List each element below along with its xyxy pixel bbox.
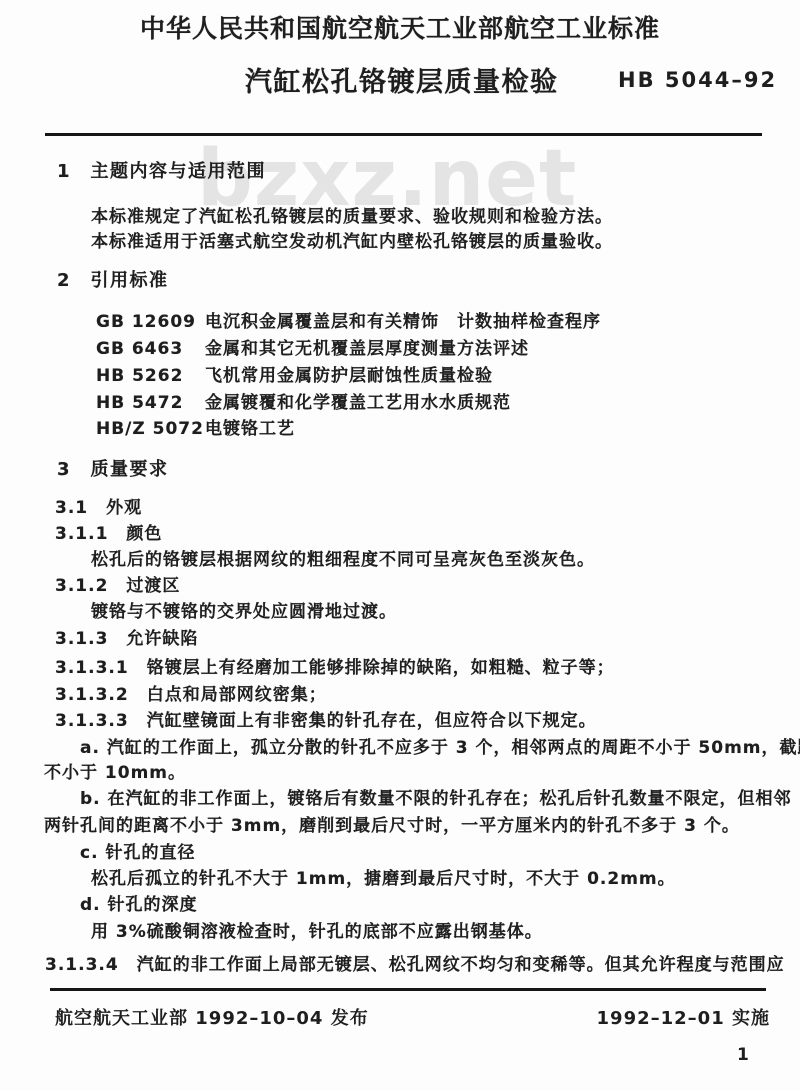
reference-title: 电沉积金属覆盖层和有关精饰 计数抽样检查程序 <box>205 312 601 332</box>
section-1-paragraph-1: 本标准规定了汽缸松孔铬镀层的质量要求、验收规则和检验方法。 <box>91 206 613 228</box>
footer-rule <box>50 988 766 991</box>
reference-row: GB 6463金属和其它无机覆盖层厚度测量方法评述 <box>96 338 529 360</box>
section-1-paragraph-2: 本标准适用于活塞式航空发动机汽缸内壁松孔铬镀层的质量验收。 <box>91 231 613 253</box>
reference-title: 金属和其它无机覆盖层厚度测量方法评述 <box>205 339 529 359</box>
reference-code: HB/Z 5072 <box>96 418 205 440</box>
reference-row: HB 5472金属镀覆和化学覆盖工艺用水水质规范 <box>96 392 511 414</box>
reference-code: GB 12609 <box>96 311 205 333</box>
section-3-line: 3.1.3 允许缺陷 <box>55 628 198 650</box>
section-3-line: 3.1.1 颜色 <box>55 523 162 545</box>
section-3-line: 3.1.2 过渡区 <box>55 575 180 597</box>
reference-title: 飞机常用金属防护层耐蚀性质量检验 <box>205 366 493 386</box>
section-2-heading: 2 引用标准 <box>57 270 169 292</box>
section-3-line: 3.1 外观 <box>55 497 142 519</box>
section-3-line: a. 汽缸的工作面上，孤立分散的针孔不应多于 3 个，相邻两点的周距不小于 50… <box>80 737 800 759</box>
section-3-line: 3.1.3.3 汽缸壁镜面上有非密集的针孔存在，但应符合以下规定。 <box>55 710 597 732</box>
section-3-line: 3.1.3.4 汽缸的非工作面上局部无镀层、松孔网纹不均匀和变稀等。但其允许程度… <box>45 954 785 976</box>
reference-row: GB 12609电沉积金属覆盖层和有关精饰 计数抽样检查程序 <box>96 311 601 333</box>
authority-heading: 中华人民共和国航空航天工业部航空工业标准 <box>0 9 800 45</box>
reference-code: HB 5472 <box>96 392 205 414</box>
page-number: 1 <box>737 1045 749 1065</box>
section-3-line: d. 针孔的深度 <box>80 894 198 916</box>
reference-code: HB 5262 <box>96 365 205 387</box>
footer-effective-date: 1992–12–01 实施 <box>597 1004 770 1030</box>
reference-row: HB/Z 5072电镀铬工艺 <box>96 418 295 440</box>
section-3-line: b. 在汽缸的非工作面上，镀铬后有数量不限的针孔存在；松孔后针孔数量不限定，但相… <box>80 788 792 810</box>
section-1-heading: 1 主题内容与适用范围 <box>57 161 266 183</box>
section-3-line: 松孔后孤立的针孔不大于 1mm，搪磨到最后尺寸时，不大于 0.2mm。 <box>91 868 676 890</box>
section-3-line: 不小于 10mm。 <box>44 762 186 784</box>
section-3-heading: 3 质量要求 <box>57 459 169 481</box>
section-3-line: 3.1.3.2 白点和局部网纹密集； <box>55 684 327 706</box>
footer-issued-date: 航空航天工业部 1992–10–04 发布 <box>55 1004 369 1030</box>
standard-number: HB 5044–92 <box>618 68 777 92</box>
header-rule <box>45 133 762 136</box>
section-3-line: c. 针孔的直径 <box>80 842 195 864</box>
reference-title: 金属镀覆和化学覆盖工艺用水水质规范 <box>205 393 511 413</box>
section-3-line: 3.1.3.1 铬镀层上有经磨加工能够排除掉的缺陷，如粗糙、粒子等； <box>55 657 615 679</box>
section-3-line: 两针孔间的距离不小于 3mm，磨削到最后尺寸时，一平方厘米内的针孔不多于 3 个… <box>44 815 740 837</box>
document-title: 汽缸松孔铬镀层质量检验 <box>245 60 559 99</box>
reference-code: GB 6463 <box>96 338 205 360</box>
document-page: bzxz.net 中华人民共和国航空航天工业部航空工业标准 汽缸松孔铬镀层质量检… <box>0 0 800 1091</box>
reference-title: 电镀铬工艺 <box>205 419 295 439</box>
reference-row: HB 5262飞机常用金属防护层耐蚀性质量检验 <box>96 365 493 387</box>
section-3-line: 镀铬与不镀铬的交界处应圆滑地过渡。 <box>91 601 397 623</box>
section-3-line: 松孔后的铬镀层根据网纹的粗细程度不同可呈亮灰色至淡灰色。 <box>91 549 595 571</box>
section-3-line: 用 3%硫酸铜溶液检查时，针孔的底部不应露出钢基体。 <box>91 921 543 943</box>
